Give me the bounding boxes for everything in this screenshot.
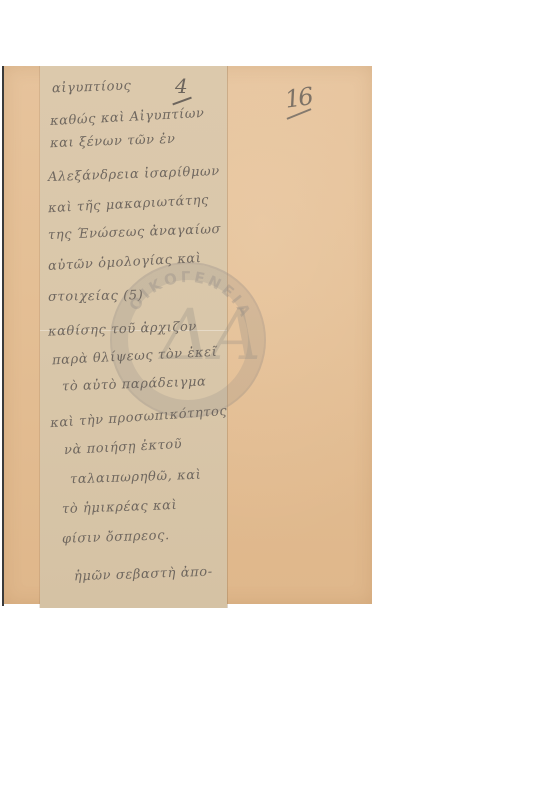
scanned-page: 16 4 ΟΙΚΟΓΕΝΕΙΑ ΔΑ αἰγυπτίουςκαθώς καὶ Α…	[0, 0, 549, 800]
handwritten-line: αἰγυπτίους	[52, 79, 132, 97]
archive-stamp: ΟΙΚΟΓΕΝΕΙΑ ΔΑ	[110, 262, 266, 418]
strip-page-number: 4	[175, 74, 188, 98]
handwritten-line: στοιχείας (5)	[48, 288, 144, 305]
